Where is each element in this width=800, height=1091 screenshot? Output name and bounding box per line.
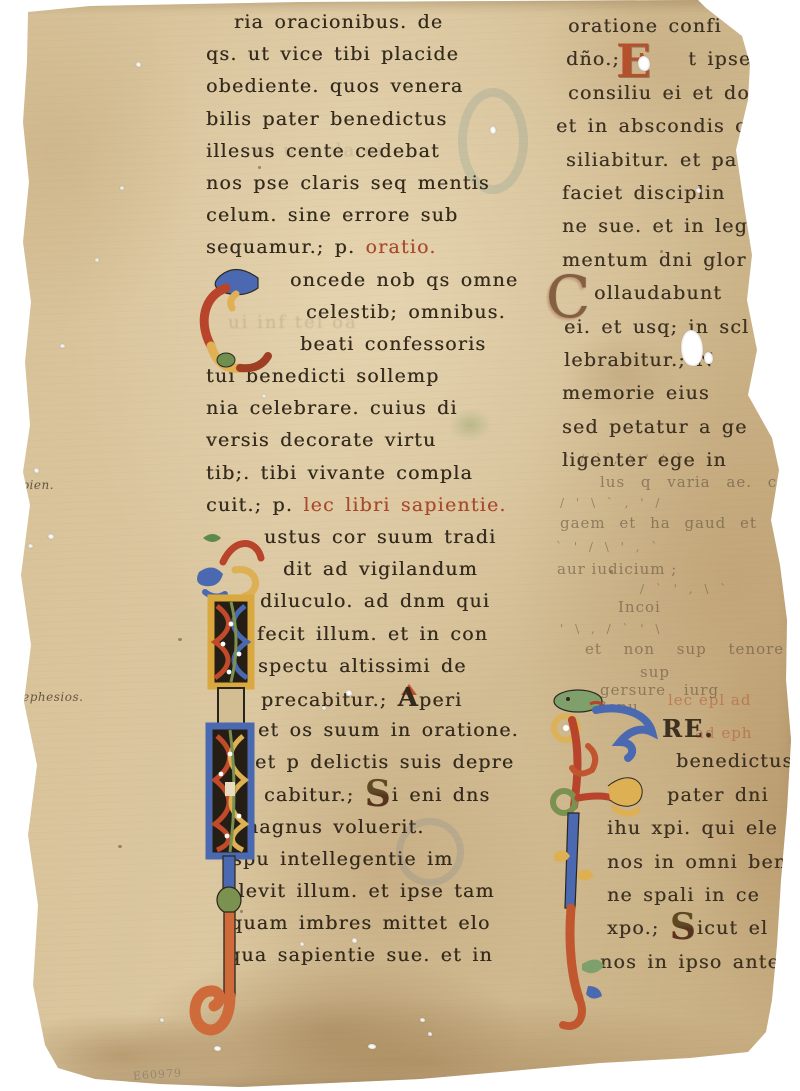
- pencil-inscription: E60979: [133, 1066, 183, 1082]
- text-line: tib;. tibi vivante compla: [206, 457, 538, 489]
- text-line: sequamur.; p. oratio.: [206, 231, 538, 263]
- text-line: illesus cente cedebat: [206, 135, 538, 167]
- faded-rubric: lec epl ad: [668, 691, 751, 709]
- text-line: bilis pater benedictus: [206, 103, 538, 135]
- parchment-hole: [322, 706, 326, 710]
- manuscript-photo: oi um cla ei ui inf tel oa ria oracionib…: [0, 0, 800, 1091]
- margin-note-upper: Sapien.: [5, 478, 54, 492]
- green-smudge-right: [775, 500, 800, 544]
- illuminated-initial-C-small: C: [546, 268, 590, 326]
- illuminated-initial-C-large: [196, 264, 296, 356]
- ink-speck: [118, 845, 122, 848]
- parchment-hole: [28, 544, 33, 548]
- parchment-hole: [704, 352, 713, 364]
- text-line: cuit.; p. lec libri sapientie.: [206, 489, 538, 521]
- parchment-hole: [160, 1018, 164, 1022]
- parchment-hole: [300, 942, 304, 946]
- text-line: dño.; t ipse: [556, 43, 800, 76]
- parchment-hole: [428, 1032, 432, 1036]
- text-line: consiliu ei et do: [556, 77, 800, 110]
- faded-text: lus q varia ae. cae: [600, 473, 797, 491]
- faded-text: aur iudicium ;: [557, 560, 677, 578]
- neume-row: ' \ , / ` ' \: [560, 622, 663, 636]
- parchment-hole: [48, 534, 54, 539]
- parchment-hole: [490, 126, 496, 134]
- ink-speck: [258, 166, 261, 169]
- neume-row: ` ' / \ ' , `: [556, 540, 661, 554]
- text-line: versis decorate virtu: [206, 424, 538, 456]
- parchment-hole: [60, 344, 65, 348]
- ink-speck: [610, 570, 613, 573]
- parchment-hole: [352, 938, 357, 943]
- initial-letter-S-gold: S: [365, 773, 392, 815]
- parchment-hole: [346, 690, 352, 696]
- faded-text: sup: [640, 663, 670, 681]
- text-line: celum. sine errore sub: [206, 199, 538, 231]
- parchment-sheet: oi um cla ei ui inf tel oa ria oracionib…: [0, 0, 800, 1091]
- text-line: ei. et usq; in scl: [556, 311, 800, 344]
- parchment-hole: [214, 1046, 221, 1051]
- initial-letter-S-gold: S: [670, 906, 697, 948]
- text-line: nos pse claris seq mentis: [206, 167, 538, 199]
- parchment-hole: [696, 188, 701, 193]
- parchment-hole: [34, 468, 39, 473]
- margin-note-lower: ad ephesios.: [2, 690, 83, 704]
- initial-letter-A: A: [398, 682, 419, 714]
- illuminated-initial-foliate: [548, 686, 664, 1038]
- parchment-hole: [136, 62, 141, 67]
- text-line: sed petatur a ge: [556, 411, 800, 444]
- text-line: lebrabitur.; N: [556, 344, 800, 377]
- text-line: ria oracionibus. de: [206, 6, 538, 38]
- text-line: et in abscondis con: [556, 110, 800, 143]
- text-line: mentum dni glor: [556, 244, 800, 277]
- ink-speck: [178, 638, 182, 641]
- parchment-hole: [95, 258, 99, 262]
- neume-row: / ` ' , \ `: [640, 582, 730, 596]
- text-line: qs. ut vice tibi placide: [206, 38, 538, 70]
- text-line: memorie eius: [556, 377, 800, 410]
- parchment-hole: [120, 186, 124, 190]
- text-line: siliabitur. et pa: [556, 144, 800, 177]
- text-line: ne sue. et in lege: [556, 210, 800, 243]
- parchment-hole: [368, 1044, 376, 1049]
- right-text-column-upper: oratione confi dño.; t ipse consiliu ei …: [556, 10, 800, 477]
- parchment-hole: [420, 1018, 425, 1022]
- responsory-mark: RE.: [662, 714, 715, 743]
- rubric-fragment: oratio.: [366, 236, 437, 258]
- parchment-hole: [262, 394, 266, 398]
- neume-row: / ' \ ` , ' /: [560, 496, 663, 510]
- illuminated-initial-I-tall: [193, 530, 269, 1045]
- rubric-fragment: lec libri sapientie.: [303, 494, 506, 516]
- ink-speck: [240, 910, 243, 913]
- faded-text: et non sup tenore t: [585, 640, 800, 658]
- text-line: nia celebrare. cuius di: [206, 392, 538, 424]
- parchment-hole: [638, 56, 650, 71]
- ink-speck: [660, 250, 663, 253]
- parchment-hole-large: [681, 330, 703, 366]
- text-line: faciet disciplin: [556, 177, 800, 210]
- faded-text: Incoi: [618, 598, 661, 616]
- text-line: ollaudabunt: [556, 277, 800, 310]
- faded-text: gaem et ha gaud et: [560, 514, 757, 532]
- neume-row: ' / ` , \ ' / `: [565, 452, 686, 466]
- text-line: obediente. quos venera: [206, 70, 538, 102]
- text-line: oratione confi: [556, 10, 800, 43]
